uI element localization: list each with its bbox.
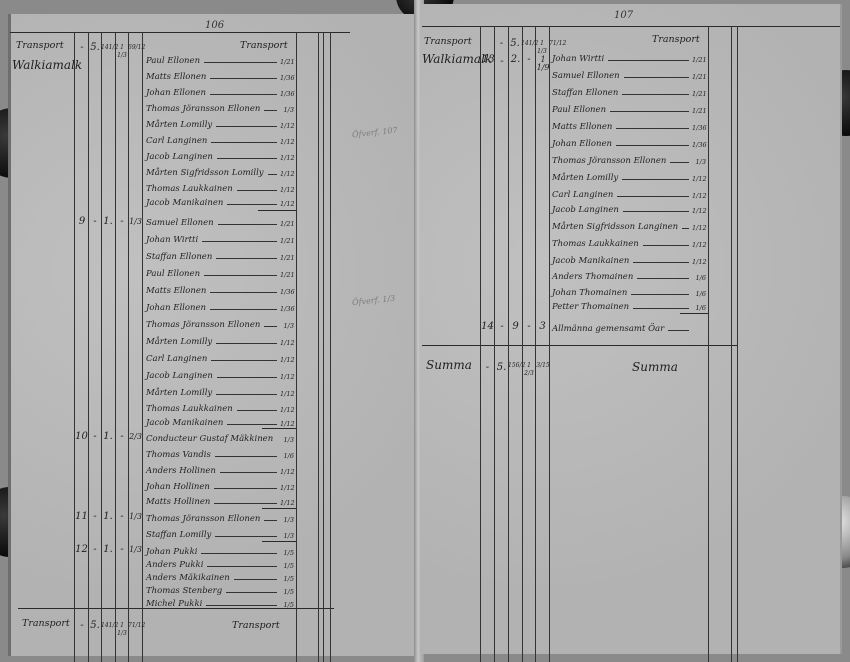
group-col: 2/3 xyxy=(129,433,142,441)
footer-col: 141/2 xyxy=(101,622,116,630)
list-item: Matts Hollinen1/12 xyxy=(146,493,294,507)
group-col: - xyxy=(90,544,100,555)
group-col: - xyxy=(117,431,127,442)
list-item: Carl Langinen1/12 xyxy=(552,186,706,200)
list-item: Carl Langinen1/12 xyxy=(146,132,294,146)
list-item: Mårten Sigfridsson Langinen1/12 xyxy=(552,218,706,232)
col-rule xyxy=(323,32,324,662)
col-rule xyxy=(549,26,550,662)
group-col: - xyxy=(524,54,534,65)
list-item: Mårten Lomilly1/12 xyxy=(146,333,294,347)
group-col: 2. xyxy=(510,54,521,65)
col-rule xyxy=(508,26,509,662)
header-rule-right xyxy=(422,26,840,27)
list-item: Thomas Jöransson Ellonen1/3 xyxy=(552,152,706,166)
col-rule xyxy=(74,32,75,662)
list-item: Thomas Laukkainen1/12 xyxy=(552,235,706,249)
list-item: Paul Ellonen1/21 xyxy=(146,52,294,66)
list-item: Johan Hollinen1/12 xyxy=(146,478,294,492)
group-col: - xyxy=(90,511,100,522)
group-col: 1. xyxy=(103,431,113,442)
list-item: Michel Pukki1/5 xyxy=(146,595,294,609)
list-item: Matts Ellonen1/36 xyxy=(552,118,706,132)
group-number: 9 xyxy=(76,216,88,227)
group-col: - xyxy=(524,321,534,332)
group-number: 11 xyxy=(75,511,88,522)
header-col: 5. xyxy=(509,38,521,49)
group-col: 1. xyxy=(103,216,113,227)
list-item: Carl Langinen1/12 xyxy=(146,350,294,364)
col-rule xyxy=(142,32,143,662)
list-item: Mårten Lomilly1/12 xyxy=(146,384,294,398)
header-col: 1 1/3 xyxy=(535,40,549,56)
list-item: Johan Ellonen1/36 xyxy=(552,135,706,149)
group-col: 1. xyxy=(103,544,113,555)
list-item: Jacob Langinen1/12 xyxy=(552,201,706,215)
col-rule xyxy=(128,32,129,662)
group-col: - xyxy=(90,431,100,442)
col-rule xyxy=(731,26,732,662)
col-rule xyxy=(115,32,116,662)
list-item: Mårten Sigfridsson Lomilly1/12 xyxy=(146,164,294,178)
footer-right-label-left: Transport xyxy=(232,620,280,631)
header-rule-left xyxy=(10,32,350,33)
summa-col: 3/15 xyxy=(536,362,550,370)
list-item: Johan Ellonen1/36 xyxy=(146,84,294,98)
header-col: 71/12 xyxy=(549,40,563,48)
list-item: Mårten Lomilly1/12 xyxy=(552,169,706,183)
group-subtotal-rule xyxy=(262,428,296,429)
list-item: Thomas Jöransson Ellonen1/3 xyxy=(146,100,294,114)
group-subtotal-rule xyxy=(258,210,296,211)
group-number: 14 xyxy=(481,321,494,332)
list-item: Matts Ellonen1/36 xyxy=(146,68,294,82)
list-item: Anders Mäkikainen1/5 xyxy=(146,569,294,583)
ledger-spread: 106 Transport - 5. 141/2 1 1/3 69/12 Tra… xyxy=(0,0,850,662)
village-name-left: Walkiamalk xyxy=(12,58,82,72)
list-item: Paul Ellonen1/21 xyxy=(552,101,706,115)
header-label-right: Transport xyxy=(424,36,472,47)
list-item: Thomas Laukkainen1/12 xyxy=(146,180,294,194)
col-rule xyxy=(708,26,709,662)
col-rule xyxy=(330,32,331,662)
list-item: Thomas Jöransson Ellonen1/3 xyxy=(146,510,294,524)
col-rule xyxy=(296,32,297,662)
page-number-right: 107 xyxy=(614,10,633,21)
header-col-1: - xyxy=(77,42,87,53)
list-item: Conducteur Gustaf Mäkkinen1/3 xyxy=(146,430,294,444)
col-rule xyxy=(737,26,738,662)
list-item: Jacob Langinen1/12 xyxy=(146,148,294,162)
group-number: 12 xyxy=(75,544,88,555)
page-number-left: 106 xyxy=(205,20,224,31)
list-item: Anders Hollinen1/12 xyxy=(146,462,294,476)
list-item: Johan Pukki1/5 xyxy=(146,543,294,557)
list-item: Paul Ellonen1/21 xyxy=(146,265,294,279)
header-col: 141/2 xyxy=(521,40,536,48)
list-item: Staffan Lomilly1/3 xyxy=(146,526,294,540)
list-item: Jacob Manikainen1/12 xyxy=(146,194,294,208)
list-item: Anders Thomainen1/6 xyxy=(552,268,706,282)
list-item: Johan Thomainen1/6 xyxy=(552,284,706,298)
group-col: - xyxy=(497,321,507,332)
group-col: - xyxy=(497,56,507,67)
list-item: Thomas Laukkainen1/12 xyxy=(146,400,294,414)
col-rule xyxy=(88,32,89,662)
list-item: Johan Wirtti1/21 xyxy=(552,50,706,64)
group-number: 10 xyxy=(75,431,88,442)
header-right-label-left: Transport xyxy=(240,40,288,51)
group-col: 1. xyxy=(103,511,113,522)
list-item: Samuel Ellonen1/21 xyxy=(552,67,706,81)
header-col-4: 1 1/3 xyxy=(115,44,129,60)
footer-col: 5. xyxy=(90,620,100,631)
col-rule xyxy=(318,32,319,662)
list-item: Petter Thomainen1/6 xyxy=(552,298,706,312)
summa-col: 5. xyxy=(496,362,507,373)
list-item: Thomas Jöransson Ellonen1/3 xyxy=(146,316,294,330)
header-col-3: 141/2 xyxy=(101,44,116,52)
list-item: Thomas Stenberg1/5 xyxy=(146,582,294,596)
group-subtotal-rule xyxy=(680,313,708,314)
list-item: Thomas Vandis1/6 xyxy=(146,446,294,460)
list-item: Staffan Ellonen1/21 xyxy=(552,84,706,98)
group-end-rule xyxy=(422,345,738,346)
group-col: - xyxy=(117,216,127,227)
list-item: Matts Ellonen1/36 xyxy=(146,282,294,296)
group-col: - xyxy=(117,544,127,555)
group-col: 1/3 xyxy=(129,546,142,554)
col-rule xyxy=(101,32,102,662)
group-col: - xyxy=(117,511,127,522)
group-subtotal-rule xyxy=(262,541,296,542)
col-rule xyxy=(480,26,481,662)
footer-col: 1 1/3 xyxy=(115,622,129,638)
header-label-left: Transport xyxy=(16,40,64,51)
list-item: Samuel Ellonen1/21 xyxy=(146,214,294,228)
list-item: Allmänna gemensamt Öar xyxy=(552,320,706,334)
list-item: Jacob Manikainen1/12 xyxy=(146,414,294,428)
summa-col: 156/2 xyxy=(508,362,523,370)
header-col-5: 69/12 xyxy=(128,44,142,52)
summa-col: - xyxy=(482,362,493,373)
list-item: Staffan Ellonen1/21 xyxy=(146,248,294,262)
group-col: 1/3 xyxy=(129,513,142,521)
summa-col: 1 2/3 xyxy=(522,362,536,378)
group-number: 13 xyxy=(482,54,494,65)
header-col: - xyxy=(496,38,507,49)
header-right-label-right: Transport xyxy=(652,34,700,45)
list-item: Anders Pukki1/5 xyxy=(146,556,294,570)
list-item: Mårten Lomilly1/12 xyxy=(146,116,294,130)
col-rule xyxy=(522,26,523,662)
list-item: Johan Ellonen1/36 xyxy=(146,299,294,313)
group-col: 1/3 xyxy=(129,218,142,226)
group-col: 3 xyxy=(537,321,548,332)
footer-label-left: Transport xyxy=(22,618,70,629)
group-subtotal-rule xyxy=(262,508,296,509)
summa-label: Summa xyxy=(426,358,472,372)
group-col: 1 1/9 xyxy=(536,56,550,72)
header-col-2: 5. xyxy=(90,42,100,53)
list-item: Jacob Langinen1/12 xyxy=(146,367,294,381)
footer-col: - xyxy=(77,620,87,631)
list-item: Johan Wirtti1/21 xyxy=(146,231,294,245)
list-item: Jacob Manikainen1/12 xyxy=(552,252,706,266)
group-col: 9 xyxy=(510,321,521,332)
col-rule xyxy=(535,26,536,662)
footer-col: 71/12 xyxy=(128,622,142,630)
summa-right-label: Summa xyxy=(632,360,678,374)
col-rule xyxy=(494,26,495,662)
group-col: - xyxy=(90,216,100,227)
